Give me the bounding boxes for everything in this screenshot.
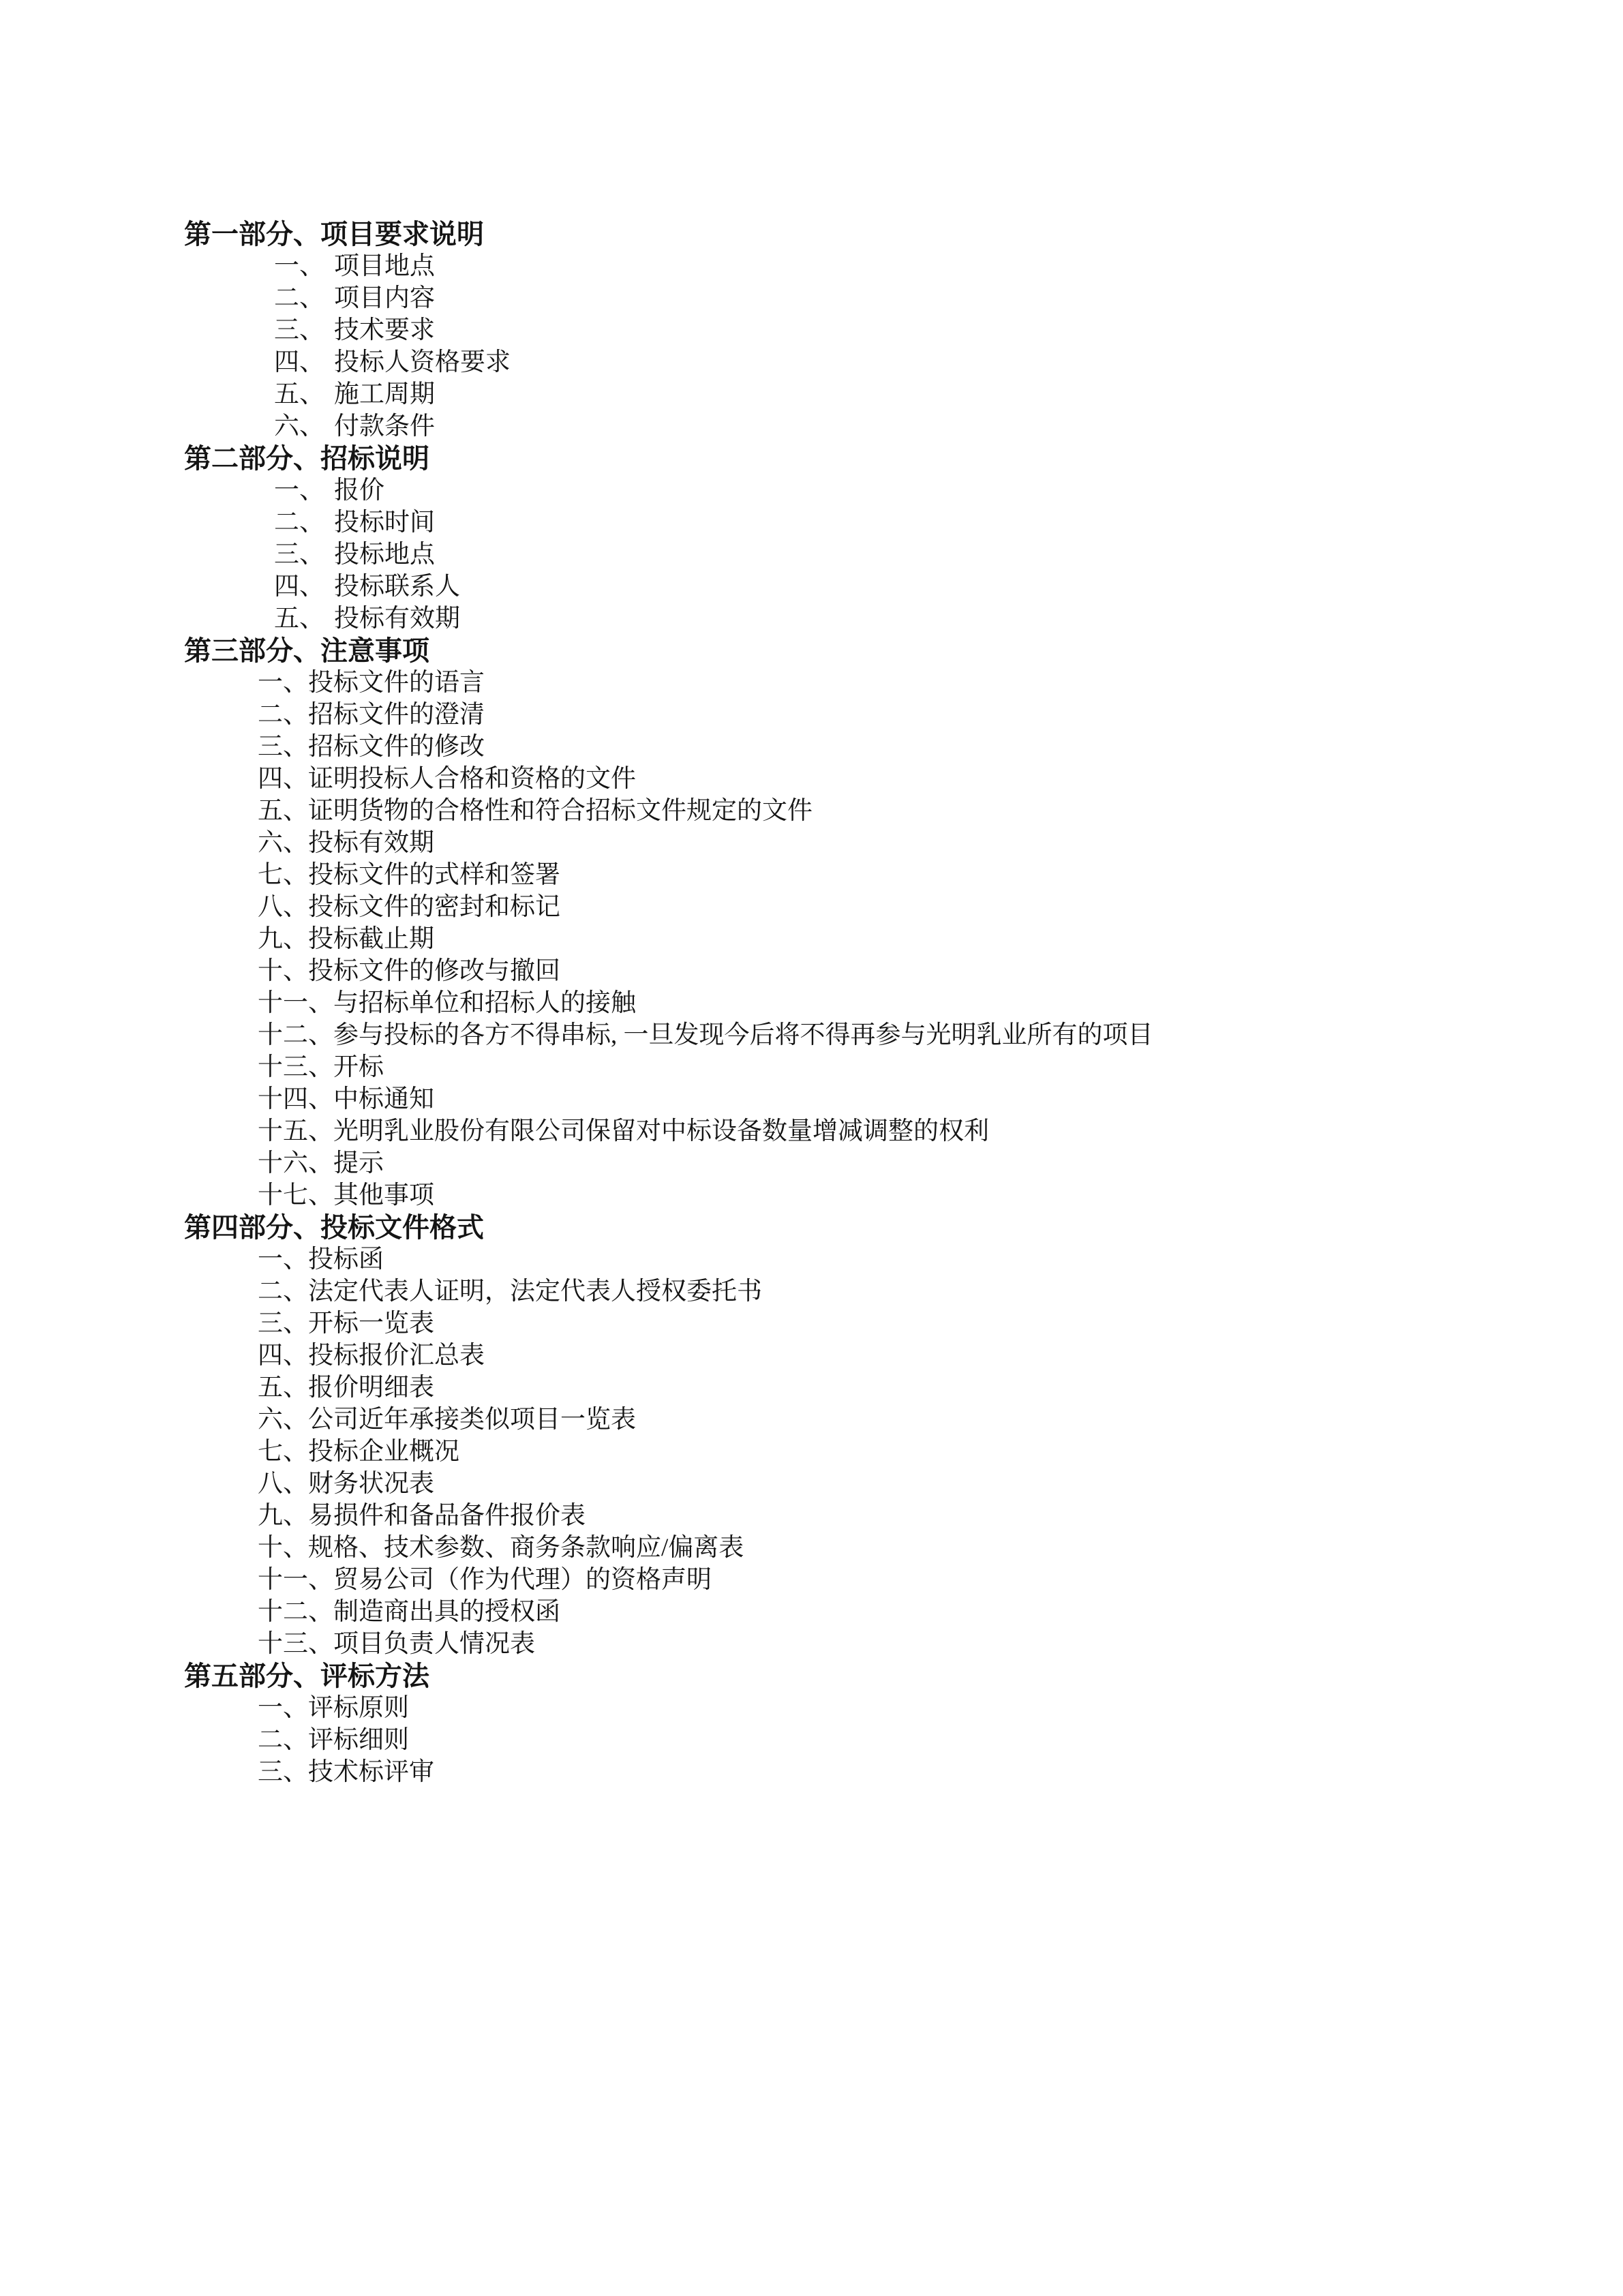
toc-item-number: 五、 bbox=[258, 1374, 308, 1402]
toc-item-number: 一、 bbox=[258, 669, 308, 697]
toc-item-text: 证明投标人合格和资格的文件 bbox=[308, 765, 636, 793]
toc-item-text: 规格、技术参数、商务条款响应/偏离表 bbox=[308, 1534, 744, 1562]
toc-item-number: 十五、 bbox=[258, 1117, 333, 1145]
toc-item: 六、投标有效期 bbox=[258, 827, 1479, 859]
toc-item: 五、证明货物的合格性和符合招标文件规定的文件 bbox=[258, 795, 1479, 827]
toc-item: 四、投标联系人 bbox=[274, 571, 1479, 603]
toc-item-text: 投标时间 bbox=[334, 509, 435, 537]
toc-item-text: 项目内容 bbox=[334, 284, 435, 312]
toc-item-text: 招标文件的修改 bbox=[308, 733, 485, 761]
toc-item-text: 提示 bbox=[333, 1149, 384, 1177]
toc-item-text: 招标文件的澄清 bbox=[308, 701, 485, 729]
toc-item: 五、投标有效期 bbox=[274, 603, 1479, 635]
toc-item: 十二、制造商出具的授权函 bbox=[258, 1596, 1479, 1628]
toc-item-number: 三、 bbox=[258, 1310, 308, 1338]
toc-item-number: 六、 bbox=[258, 829, 308, 857]
toc-item-text: 投标函 bbox=[308, 1245, 384, 1273]
toc-item: 三、开标一览表 bbox=[258, 1308, 1479, 1340]
toc-item: 十、规格、技术参数、商务条款响应/偏离表 bbox=[258, 1532, 1479, 1564]
toc-item: 三、技术要求 bbox=[274, 314, 1479, 346]
toc-item-text: 投标文件的语言 bbox=[308, 669, 485, 697]
toc-item: 一、投标函 bbox=[258, 1243, 1479, 1275]
toc-item-text: 投标文件的式样和签署 bbox=[308, 861, 560, 889]
toc-item-number: 八、 bbox=[258, 1470, 308, 1498]
toc-item: 三、招标文件的修改 bbox=[258, 731, 1479, 763]
section-title: 第三部分、注意事项 bbox=[184, 635, 1479, 667]
toc-item: 四、投标人资格要求 bbox=[274, 346, 1479, 378]
toc-item-text: 法定代表人证明，法定代表人授权委托书 bbox=[308, 1278, 762, 1305]
toc-item: 八、投标文件的密封和标记 bbox=[258, 891, 1479, 923]
toc-item: 二、项目内容 bbox=[274, 282, 1479, 314]
toc-item-number: 四、 bbox=[274, 346, 334, 378]
toc-item-number: 十一、 bbox=[258, 989, 333, 1017]
toc-item-text: 与招标单位和招标人的接触 bbox=[333, 989, 636, 1017]
toc-item-number: 九、 bbox=[258, 925, 308, 953]
toc-item-number: 八、 bbox=[258, 893, 308, 921]
toc-item: 五、施工周期 bbox=[274, 378, 1479, 410]
toc-item-text: 投标人资格要求 bbox=[334, 348, 511, 376]
toc-item-text: 易损件和备品备件报价表 bbox=[308, 1502, 586, 1530]
toc-item-number: 十三、 bbox=[258, 1630, 333, 1658]
toc-item-number: 一、 bbox=[274, 250, 334, 282]
toc-item: 十、投标文件的修改与撤回 bbox=[258, 955, 1479, 987]
toc-item: 四、证明投标人合格和资格的文件 bbox=[258, 763, 1479, 795]
toc-item: 六、付款条件 bbox=[274, 410, 1479, 442]
toc-item: 三、投标地点 bbox=[274, 539, 1479, 571]
section-title: 第四部分、投标文件格式 bbox=[184, 1211, 1479, 1243]
toc-item: 十六、提示 bbox=[258, 1147, 1479, 1179]
toc-item-text: 其他事项 bbox=[333, 1181, 434, 1209]
toc-item-text: 开标 bbox=[333, 1053, 384, 1081]
toc-item-number: 十六、 bbox=[258, 1149, 333, 1177]
toc-item-number: 二、 bbox=[274, 282, 334, 314]
toc-item: 十三、项目负责人情况表 bbox=[258, 1628, 1479, 1660]
toc-item-number: 六、 bbox=[258, 1406, 308, 1434]
document-page: 第一部分、项目要求说明一、项目地点二、项目内容三、技术要求四、投标人资格要求五、… bbox=[0, 0, 1623, 2296]
toc-item-text: 项目地点 bbox=[334, 252, 435, 280]
toc-item: 二、投标时间 bbox=[274, 507, 1479, 539]
toc-item-number: 三、 bbox=[258, 733, 308, 761]
table-of-contents: 第一部分、项目要求说明一、项目地点二、项目内容三、技术要求四、投标人资格要求五、… bbox=[184, 218, 1479, 1788]
toc-item-number: 十、 bbox=[258, 957, 308, 985]
toc-item-number: 一、 bbox=[274, 474, 334, 507]
toc-item: 十七、其他事项 bbox=[258, 1179, 1479, 1211]
toc-item-text: 公司近年承接类似项目一览表 bbox=[308, 1406, 636, 1434]
toc-item: 二、评标细则 bbox=[258, 1724, 1479, 1756]
section-title: 第一部分、项目要求说明 bbox=[184, 218, 1479, 250]
toc-item: 九、投标截止期 bbox=[258, 923, 1479, 955]
toc-item: 一、报价 bbox=[274, 474, 1479, 507]
toc-item: 四、投标报价汇总表 bbox=[258, 1340, 1479, 1372]
toc-item-text: 投标文件的修改与撤回 bbox=[308, 957, 560, 985]
toc-item-number: 一、 bbox=[258, 1694, 308, 1722]
toc-item-text: 投标联系人 bbox=[334, 573, 460, 601]
toc-item-number: 四、 bbox=[258, 1342, 308, 1370]
toc-item: 九、易损件和备品备件报价表 bbox=[258, 1500, 1479, 1532]
toc-item: 八、财务状况表 bbox=[258, 1468, 1479, 1500]
toc-item-number: 二、 bbox=[258, 701, 308, 729]
toc-item-text: 付款条件 bbox=[334, 412, 435, 440]
toc-item-number: 七、 bbox=[258, 861, 308, 889]
toc-item-number: 十、 bbox=[258, 1534, 308, 1562]
toc-item: 二、法定代表人证明，法定代表人授权委托书 bbox=[258, 1275, 1479, 1308]
toc-item-text: 投标企业概况 bbox=[308, 1438, 459, 1466]
toc-item-number: 十一、 bbox=[258, 1566, 333, 1594]
toc-item-text: 贸易公司（作为代理）的资格声明 bbox=[333, 1566, 712, 1594]
toc-item-number: 七、 bbox=[258, 1438, 308, 1466]
toc-item-number: 五、 bbox=[274, 603, 334, 635]
toc-item-text: 项目负责人情况表 bbox=[333, 1630, 535, 1658]
toc-item-number: 六、 bbox=[274, 410, 334, 442]
section-title: 第五部分、评标方法 bbox=[184, 1660, 1479, 1692]
toc-item: 十四、中标通知 bbox=[258, 1083, 1479, 1115]
toc-item: 五、报价明细表 bbox=[258, 1372, 1479, 1404]
toc-item-number: 二、 bbox=[274, 507, 334, 539]
toc-item-text: 参与投标的各方不得串标, 一旦发现今后将不得再参与光明乳业所有的项目 bbox=[333, 1021, 1153, 1049]
toc-item-text: 报价明细表 bbox=[308, 1374, 434, 1402]
toc-item: 十二、参与投标的各方不得串标, 一旦发现今后将不得再参与光明乳业所有的项目 bbox=[258, 1019, 1479, 1051]
toc-item-text: 评标细则 bbox=[308, 1726, 409, 1754]
toc-item: 七、投标企业概况 bbox=[258, 1436, 1479, 1468]
toc-item-text: 投标截止期 bbox=[308, 925, 434, 953]
toc-item-text: 投标地点 bbox=[334, 541, 435, 569]
toc-item: 三、技术标评审 bbox=[258, 1756, 1479, 1788]
toc-item: 一、投标文件的语言 bbox=[258, 667, 1479, 699]
toc-item-text: 技术要求 bbox=[334, 316, 435, 344]
toc-item: 十五、光明乳业股份有限公司保留对中标设备数量增减调整的权利 bbox=[258, 1115, 1479, 1147]
toc-item-text: 开标一览表 bbox=[308, 1310, 434, 1338]
toc-item-text: 报价 bbox=[334, 477, 384, 504]
toc-item-text: 投标文件的密封和标记 bbox=[308, 893, 560, 921]
toc-item: 一、评标原则 bbox=[258, 1692, 1479, 1724]
toc-item-text: 投标有效期 bbox=[334, 605, 460, 633]
toc-item-number: 十四、 bbox=[258, 1085, 333, 1113]
toc-item-number: 二、 bbox=[258, 1726, 308, 1754]
toc-item-number: 一、 bbox=[258, 1245, 308, 1273]
toc-item-text: 中标通知 bbox=[333, 1085, 434, 1113]
toc-item-number: 十七、 bbox=[258, 1181, 333, 1209]
toc-item-number: 三、 bbox=[274, 539, 334, 571]
toc-item-text: 证明货物的合格性和符合招标文件规定的文件 bbox=[308, 797, 813, 825]
toc-item-number: 十三、 bbox=[258, 1053, 333, 1081]
toc-item-number: 四、 bbox=[258, 765, 308, 793]
toc-item-text: 光明乳业股份有限公司保留对中标设备数量增减调整的权利 bbox=[333, 1117, 989, 1145]
toc-item: 十三、开标 bbox=[258, 1051, 1479, 1083]
toc-item-number: 四、 bbox=[274, 571, 334, 603]
toc-item: 二、招标文件的澄清 bbox=[258, 699, 1479, 731]
toc-item: 一、项目地点 bbox=[274, 250, 1479, 282]
toc-item-number: 五、 bbox=[258, 797, 308, 825]
toc-item-text: 投标报价汇总表 bbox=[308, 1342, 485, 1370]
toc-item-number: 九、 bbox=[258, 1502, 308, 1530]
toc-item-text: 制造商出具的授权函 bbox=[333, 1598, 560, 1626]
toc-item-number: 三、 bbox=[258, 1758, 308, 1786]
toc-item: 七、投标文件的式样和签署 bbox=[258, 859, 1479, 891]
toc-item: 六、公司近年承接类似项目一览表 bbox=[258, 1404, 1479, 1436]
toc-item-number: 五、 bbox=[274, 378, 334, 410]
toc-item-text: 投标有效期 bbox=[308, 829, 434, 857]
toc-item: 十一、贸易公司（作为代理）的资格声明 bbox=[258, 1564, 1479, 1596]
toc-item: 十一、与招标单位和招标人的接触 bbox=[258, 987, 1479, 1019]
toc-item-number: 十二、 bbox=[258, 1598, 333, 1626]
section-title: 第二部分、招标说明 bbox=[184, 442, 1479, 474]
toc-item-text: 财务状况表 bbox=[308, 1470, 434, 1498]
toc-item-number: 二、 bbox=[258, 1278, 308, 1305]
toc-item-text: 技术标评审 bbox=[308, 1758, 434, 1786]
toc-item-number: 三、 bbox=[274, 314, 334, 346]
toc-item-text: 施工周期 bbox=[334, 380, 435, 408]
toc-item-text: 评标原则 bbox=[308, 1694, 409, 1722]
toc-item-number: 十二、 bbox=[258, 1021, 333, 1049]
